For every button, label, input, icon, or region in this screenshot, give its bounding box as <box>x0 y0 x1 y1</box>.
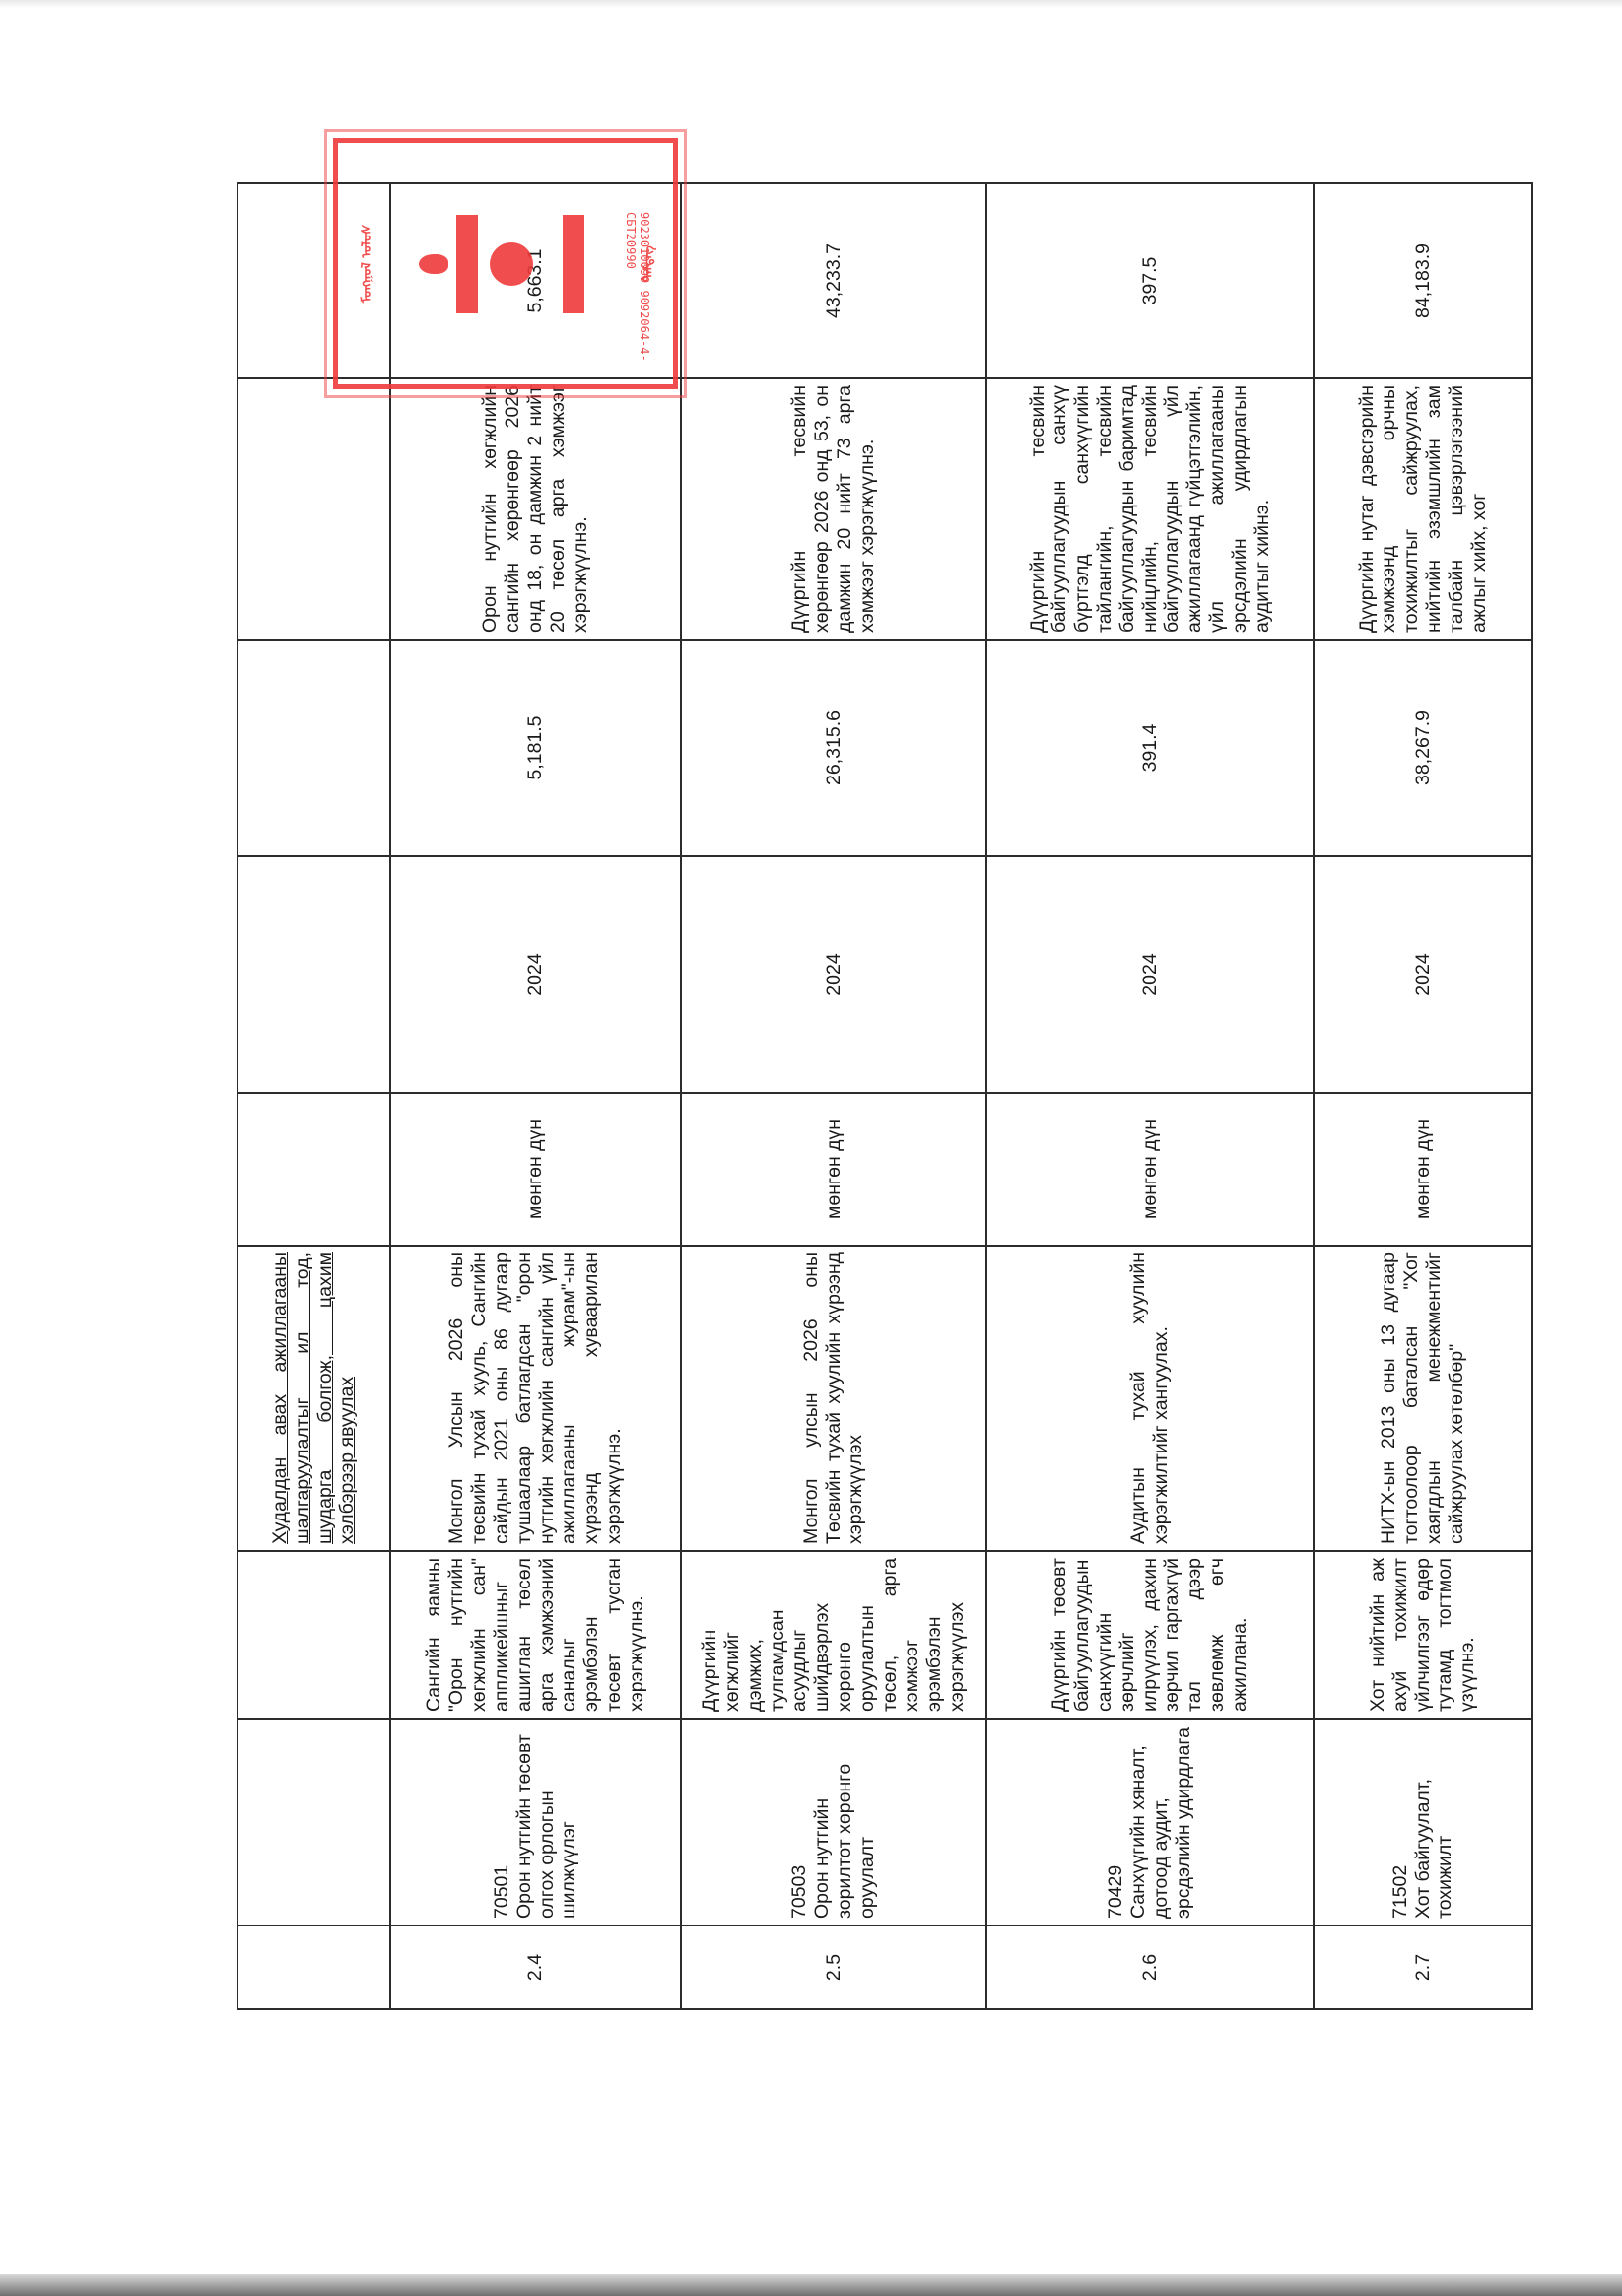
program-name: Орон нутгийн зорилтот хөрөнгө оруулалт <box>811 1725 878 1919</box>
cell-program: 70501 Орон нутгийн төсөвт олгох орлогын … <box>390 1719 681 1925</box>
cell-activity: Дүүргийн төсөвт байгууллагуудын санхүүги… <box>986 1551 1314 1719</box>
cell-legal-basis: Монгол улсын 2026 оны Төсвийн тухай хуул… <box>681 1246 986 1551</box>
cell-activity <box>237 1551 390 1719</box>
program-code: 70429 <box>1105 1725 1127 1919</box>
cell-target-description: Дүүргийн нутаг дэвсгэрийн хэмжээнд орчны… <box>1314 378 1532 640</box>
cell-baseline: 26,315.6 <box>681 640 986 856</box>
cell-target-value: 43,233.7 <box>681 183 986 378</box>
cell-unit: мөнгөн дүн <box>986 1093 1314 1246</box>
cell-program: 70429 Санхүүгийн хяналт, дотоод аудит, э… <box>986 1719 1314 1925</box>
cell-no: 2.4 <box>390 1925 681 2009</box>
program-name: Орон нутгийн төсөвт олгох орлогын шилжүү… <box>513 1725 580 1919</box>
rotated-page: Худалдан авах ажиллагааны шалгаруулалтыг… <box>237 184 1531 2010</box>
cell-year: 2024 <box>1314 856 1532 1093</box>
cell-target-value: 397.5 <box>986 183 1314 378</box>
cell-program: 71502 Хот байгуулалт, тохижилт <box>1314 1719 1532 1925</box>
cell-baseline: 5,181.5 <box>390 640 681 856</box>
program-code: 71502 <box>1389 1725 1412 1919</box>
cell-year <box>237 856 390 1093</box>
cell-unit: мөнгөн дүн <box>390 1093 681 1246</box>
cell-no: 2.5 <box>681 1925 986 2009</box>
cell-legal-basis: Аудитын тухай хуулийн хэрэгжилтийг хангу… <box>986 1246 1314 1551</box>
program-name: Хот байгуулалт, тохижилт <box>1412 1725 1457 1919</box>
cell-target-value: 5,663.1 <box>390 183 681 378</box>
cell-baseline: 391.4 <box>986 640 1314 856</box>
table-row: 2.4 70501 Орон нутгийн төсөвт олгох орло… <box>390 183 681 2009</box>
cell-activity: Хот нийтийн аж ахуй тохижилт үйлчилгээг … <box>1314 1551 1532 1719</box>
cell-target-description: Дүүргийн төсвийн байгууллагуудын санхүү … <box>986 378 1314 640</box>
cell-no: 2.7 <box>1314 1925 1532 2009</box>
table-row: 2.5 70503 Орон нутгийн зорилтот хөрөнгө … <box>681 183 986 2009</box>
cell-target-description <box>237 378 390 640</box>
cell-target-description: Орон нутгийн хөгжлийн сангийн хөрөнгөөр … <box>390 378 681 640</box>
program-code: 70503 <box>788 1725 811 1919</box>
cell-unit <box>237 1093 390 1246</box>
cell-year: 2024 <box>390 856 681 1093</box>
cell-baseline: 38,267.9 <box>1314 640 1532 856</box>
cell-year: 2024 <box>986 856 1314 1093</box>
cell-no: 2.6 <box>986 1925 1314 2009</box>
cell-legal-basis: НИТХ-ын 2013 оны 13 дугаар тогтоолоор ба… <box>1314 1246 1532 1551</box>
cell-legal-basis: Худалдан авах ажиллагааны шалгаруулалтыг… <box>237 1246 390 1551</box>
budget-program-table: Худалдан авах ажиллагааны шалгаруулалтыг… <box>237 182 1533 2010</box>
scan-edge <box>0 0 1622 8</box>
cell-activity: Дүүргийн хөгжлийг дэмжих, тулгамдсан асу… <box>681 1551 986 1719</box>
table-row-continuation: Худалдан авах ажиллагааны шалгаруулалтыг… <box>237 183 390 2009</box>
cell-target-value: 84,183.9 <box>1314 183 1532 378</box>
program-name: Санхүүгийн хяналт, дотоод аудит, эрсдэли… <box>1127 1725 1194 1919</box>
scan-edge <box>0 2274 1622 2296</box>
cell-baseline <box>237 640 390 856</box>
cell-unit: мөнгөн дүн <box>681 1093 986 1246</box>
cell-unit: мөнгөн дүн <box>1314 1093 1532 1246</box>
program-code: 70501 <box>491 1725 513 1919</box>
cell-activity: Сангийн яамны "Орон нутгийн хөгжлийн сан… <box>390 1551 681 1719</box>
cell-program <box>237 1719 390 1925</box>
cell-year: 2024 <box>681 856 986 1093</box>
cell-program: 70503 Орон нутгийн зорилтот хөрөнгө оруу… <box>681 1719 986 1925</box>
cell-no <box>237 1925 390 2009</box>
cell-legal-basis: Монгол Улсын 2026 оны төсвийн тухай хуул… <box>390 1246 681 1551</box>
table-row: 2.7 71502 Хот байгуулалт, тохижилт Хот н… <box>1314 183 1532 2009</box>
cell-target-value <box>237 183 390 378</box>
cell-target-description: Дүүргийн төсвийн хөрөнгөөр 2026 онд 53, … <box>681 378 986 640</box>
table-row: 2.6 70429 Санхүүгийн хяналт, дотоод ауди… <box>986 183 1314 2009</box>
